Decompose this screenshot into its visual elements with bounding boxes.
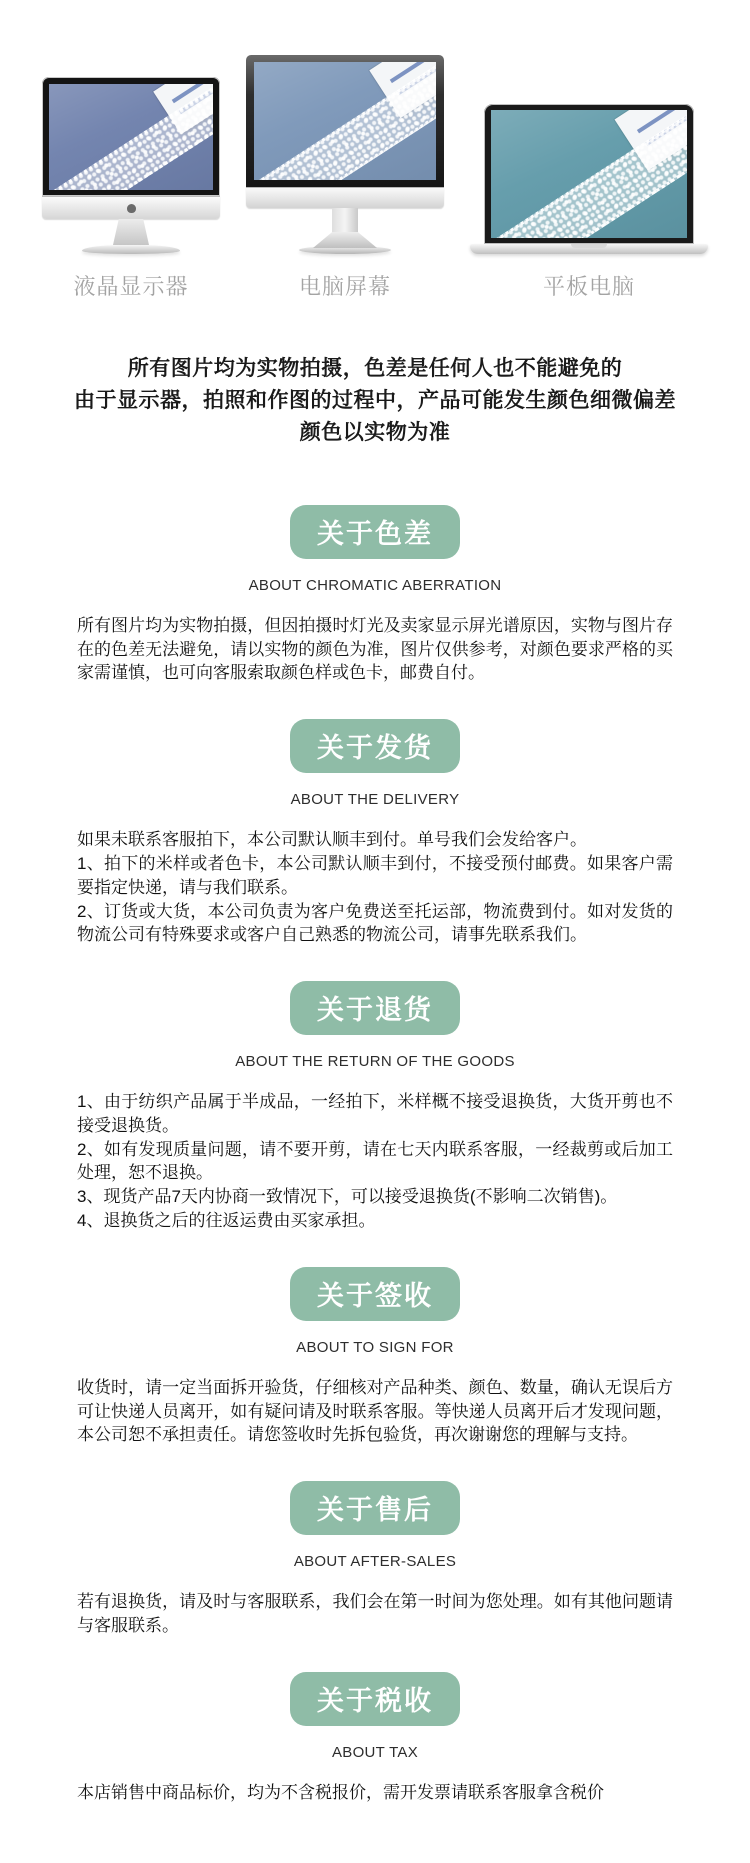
section-subtitle: ABOUT THE DELIVERY: [0, 791, 750, 808]
device-screen: [254, 62, 436, 180]
section-subtitle: ABOUT CHROMATIC ABERRATION: [0, 577, 750, 594]
device-computer-screen: 电脑屏幕: [246, 55, 444, 301]
device-mockup-row: 液晶显示器 电脑屏幕: [0, 55, 750, 301]
section-sign-for: 关于签收 ABOUT TO SIGN FOR 收货时，请一定当面拆开验货，仔细核…: [0, 1267, 750, 1447]
device-label: 平板电脑: [543, 270, 635, 301]
product-info-page: 液晶显示器 电脑屏幕: [0, 0, 750, 1863]
device-stand: [332, 208, 358, 232]
section-title-pill: 关于退货: [290, 981, 460, 1035]
section-body: 本店销售中商品标价，均为不含税报价，需开发票请联系客服拿含税价: [77, 1781, 673, 1805]
section-returns: 关于退货 ABOUT THE RETURN OF THE GOODS 1、由于纺…: [0, 981, 750, 1233]
device-stand-foot: [313, 232, 377, 248]
device-chin: [246, 187, 444, 208]
section-title-pill: 关于售后: [290, 1481, 460, 1535]
imac-mockup: [42, 77, 220, 254]
section-subtitle: ABOUT TAX: [0, 1744, 750, 1761]
section-body: 收货时，请一定当面拆开验货，仔细核对产品种类、颜色、数量，确认无误后方可让快递人…: [77, 1376, 673, 1447]
device-stand: [113, 219, 149, 245]
section-subtitle: ABOUT THE RETURN OF THE GOODS: [0, 1053, 750, 1070]
laptop-keyboard-deck: [470, 244, 708, 254]
device-base: [82, 245, 180, 254]
section-chromatic-aberration: 关于色差 ABOUT CHROMATIC ABERRATION 所有图片均为实物…: [0, 505, 750, 685]
device-label: 液晶显示器: [73, 270, 188, 301]
device-tablet-laptop: 平板电脑: [470, 104, 708, 301]
section-after-sales: 关于售后 ABOUT AFTER-SALES 若有退换货，请及时与客服联系，我们…: [0, 1481, 750, 1638]
device-bezel: [246, 55, 444, 187]
section-body: 若有退换货，请及时与客服联系，我们会在第一时间为您处理。如有其他问题请与客服联系…: [77, 1590, 673, 1638]
device-screen: [49, 84, 213, 190]
laptop-mockup: [470, 104, 708, 254]
apple-logo-icon: [127, 204, 136, 213]
device-screen: [491, 110, 687, 238]
section-delivery: 关于发货 ABOUT THE DELIVERY 如果未联系客服拍下，本公司默认顺…: [0, 719, 750, 947]
device-lcd-monitor: 液晶显示器: [42, 77, 220, 301]
section-subtitle: ABOUT TO SIGN FOR: [0, 1339, 750, 1356]
monitor-mockup: [246, 55, 444, 254]
section-title-pill: 关于签收: [290, 1267, 460, 1321]
section-subtitle: ABOUT AFTER-SALES: [0, 1553, 750, 1570]
device-chin: [42, 196, 220, 219]
device-label: 电脑屏幕: [299, 270, 391, 301]
section-body: 1、由于纺织产品属于半成品，一经拍下，米样概不接受退换货，大货开剪也不接受退换货…: [77, 1090, 673, 1233]
device-bezel: [42, 77, 220, 196]
section-title-pill: 关于发货: [290, 719, 460, 773]
section-title-pill: 关于税收: [290, 1672, 460, 1726]
device-bezel: [484, 104, 694, 244]
color-disclaimer-heading: 所有图片均为实物拍摄，色差是任何人也不能避免的由于显示器，拍照和作图的过程中，产…: [0, 353, 750, 449]
section-tax: 关于税收 ABOUT TAX 本店销售中商品标价，均为不含税报价，需开发票请联系…: [0, 1672, 750, 1805]
section-body: 所有图片均为实物拍摄，但因拍摄时灯光及卖家显示屏光谱原因，实物与图片存在的色差无…: [77, 614, 673, 685]
section-body: 如果未联系客服拍下，本公司默认顺丰到付。单号我们会发给客户。1、拍下的米样或者色…: [77, 828, 673, 947]
section-title-pill: 关于色差: [290, 505, 460, 559]
